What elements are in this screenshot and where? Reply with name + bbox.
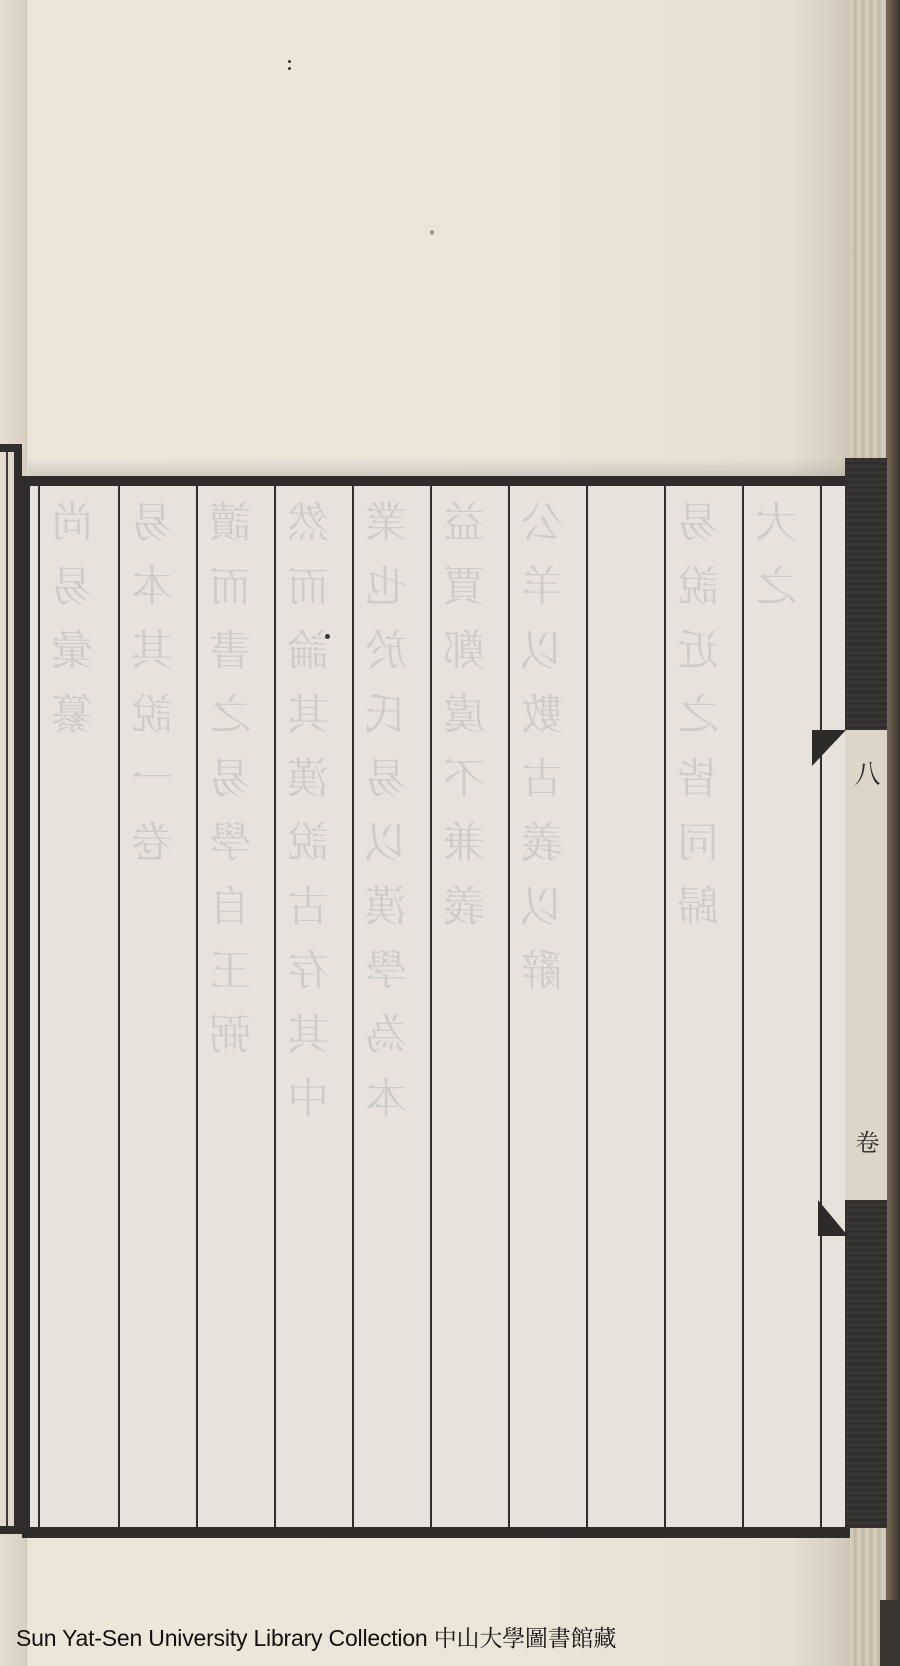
previous-page-frame-edge — [0, 444, 22, 1534]
bleed-through-column: 業也於氏易以漢學為本 — [356, 500, 426, 1520]
frame-ink-smudge — [28, 458, 848, 476]
paper-speck — [288, 67, 291, 70]
library-collection-caption: Sun Yat-Sen University Library Collectio… — [16, 1620, 616, 1653]
bleed-through-column: 讀而書之易學自王弼 — [200, 500, 270, 1520]
bleed-through-column: 尚易彙纂 — [42, 500, 112, 1520]
column-rule-line — [586, 486, 588, 1527]
column-rule-line — [664, 486, 666, 1527]
column-rule-line — [508, 486, 510, 1527]
bleed-through-column: 益賈鄭虞不兼義 — [434, 500, 504, 1520]
column-rule-line — [352, 486, 354, 1527]
bleed-through-column: 大之 — [746, 500, 816, 1520]
bleed-through-column: 易本其說一卷 — [122, 500, 192, 1520]
column-rule-line — [820, 486, 822, 1527]
bleed-through-column — [590, 500, 660, 1520]
column-rule-line — [430, 486, 432, 1527]
column-rule-line — [38, 486, 40, 1527]
paper-speck — [288, 60, 291, 63]
paper-speck — [430, 230, 434, 235]
bleed-through-column: 易說近之皆同歸 — [668, 500, 738, 1520]
column-rule-line — [118, 486, 120, 1527]
bleed-through-column: 公羊以數古義以辭 — [512, 500, 582, 1520]
previous-page-column-line — [6, 452, 8, 1526]
book-cover-corner — [880, 1600, 900, 1666]
banxin-title: 八 — [846, 760, 884, 789]
column-rule-line — [742, 486, 744, 1527]
banxin-page-marker: 卷 — [846, 1130, 884, 1154]
column-rule-line — [196, 486, 198, 1527]
paper-speck — [325, 634, 330, 639]
fishtail-mark-top-icon — [812, 730, 846, 766]
book-cover-edge — [886, 0, 900, 1666]
bleed-through-column: 然而論其漢說古存其中 — [278, 500, 348, 1520]
fishtail-mark-bottom-icon — [818, 1200, 848, 1236]
column-rule-line — [274, 486, 276, 1527]
